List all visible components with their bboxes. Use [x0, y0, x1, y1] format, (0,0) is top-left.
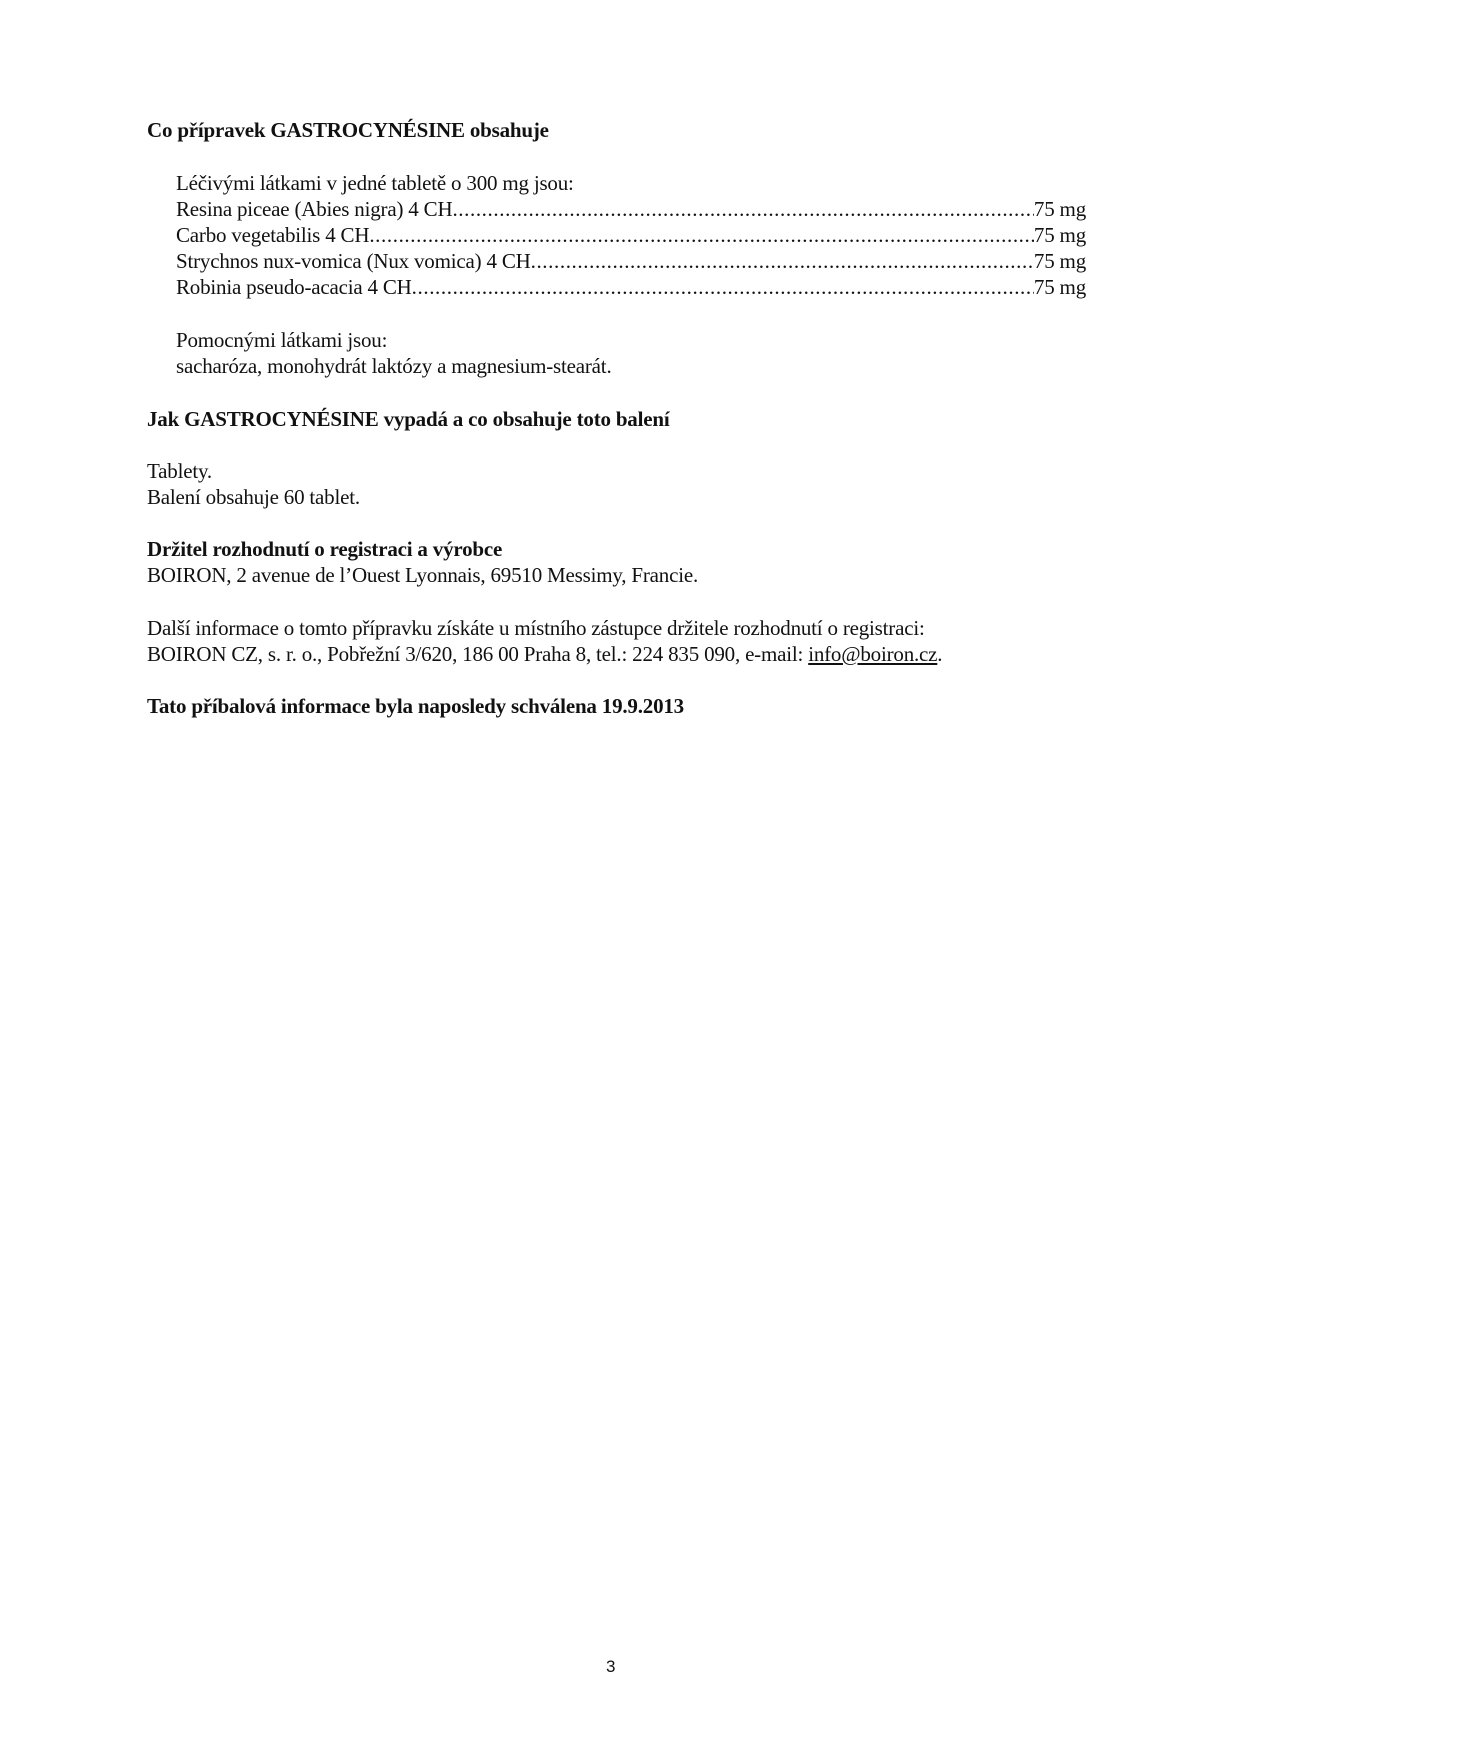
dot-leader	[452, 196, 1033, 222]
email-link[interactable]: info@boiron.cz	[808, 642, 937, 666]
local-rep-intro: Další informace o tomto přípravku získát…	[147, 615, 925, 641]
ingredient-amount: 75 mg	[1034, 222, 1086, 248]
appearance-heading: Jak GASTROCYNÉSINE vypadá a co obsahuje …	[147, 406, 669, 432]
local-rep-contact-suffix: .	[937, 642, 942, 666]
composition-heading: Co přípravek GASTROCYNÉSINE obsahuje	[147, 117, 549, 143]
ingredient-row: Resina piceae (Abies nigra) 4 CH 75 mg	[176, 196, 1086, 222]
ingredient-name: Resina piceae (Abies nigra) 4 CH	[176, 196, 452, 222]
ingredient-amount: 75 mg	[1034, 248, 1086, 274]
local-rep-contact: BOIRON CZ, s. r. o., Pobřežní 3/620, 186…	[147, 641, 942, 667]
local-rep-contact-text: BOIRON CZ, s. r. o., Pobřežní 3/620, 186…	[147, 642, 808, 666]
page-number: 3	[606, 1656, 615, 1678]
excipients-list: sacharóza, monohydrát laktózy a magnesiu…	[176, 353, 612, 379]
dot-leader	[531, 248, 1034, 274]
dot-leader	[369, 222, 1034, 248]
document-page: Co přípravek GASTROCYNÉSINE obsahuje Léč…	[0, 0, 1476, 1754]
holder-address: BOIRON, 2 avenue de l’Ouest Lyonnais, 69…	[147, 562, 698, 588]
ingredient-row: Strychnos nux-vomica (Nux vomica) 4 CH 7…	[176, 248, 1086, 274]
ingredient-name: Strychnos nux-vomica (Nux vomica) 4 CH	[176, 248, 531, 274]
dosage-form: Tablety.	[147, 458, 212, 484]
excipients-intro: Pomocnými látkami jsou:	[176, 327, 387, 353]
pack-size: Balení obsahuje 60 tablet.	[147, 484, 360, 510]
approval-statement: Tato příbalová informace byla naposledy …	[147, 693, 684, 719]
ingredient-name: Carbo vegetabilis 4 CH	[176, 222, 369, 248]
dot-leader	[412, 274, 1034, 300]
active-ingredients-intro: Léčivými látkami v jedné tabletě o 300 m…	[176, 170, 574, 196]
ingredient-name: Robinia pseudo-acacia 4 CH	[176, 274, 412, 300]
holder-heading: Držitel rozhodnutí o registraci a výrobc…	[147, 536, 502, 562]
ingredient-row: Robinia pseudo-acacia 4 CH 75 mg	[176, 274, 1086, 300]
ingredient-amount: 75 mg	[1034, 274, 1086, 300]
ingredient-amount: 75 mg	[1034, 196, 1086, 222]
ingredient-row: Carbo vegetabilis 4 CH 75 mg	[176, 222, 1086, 248]
